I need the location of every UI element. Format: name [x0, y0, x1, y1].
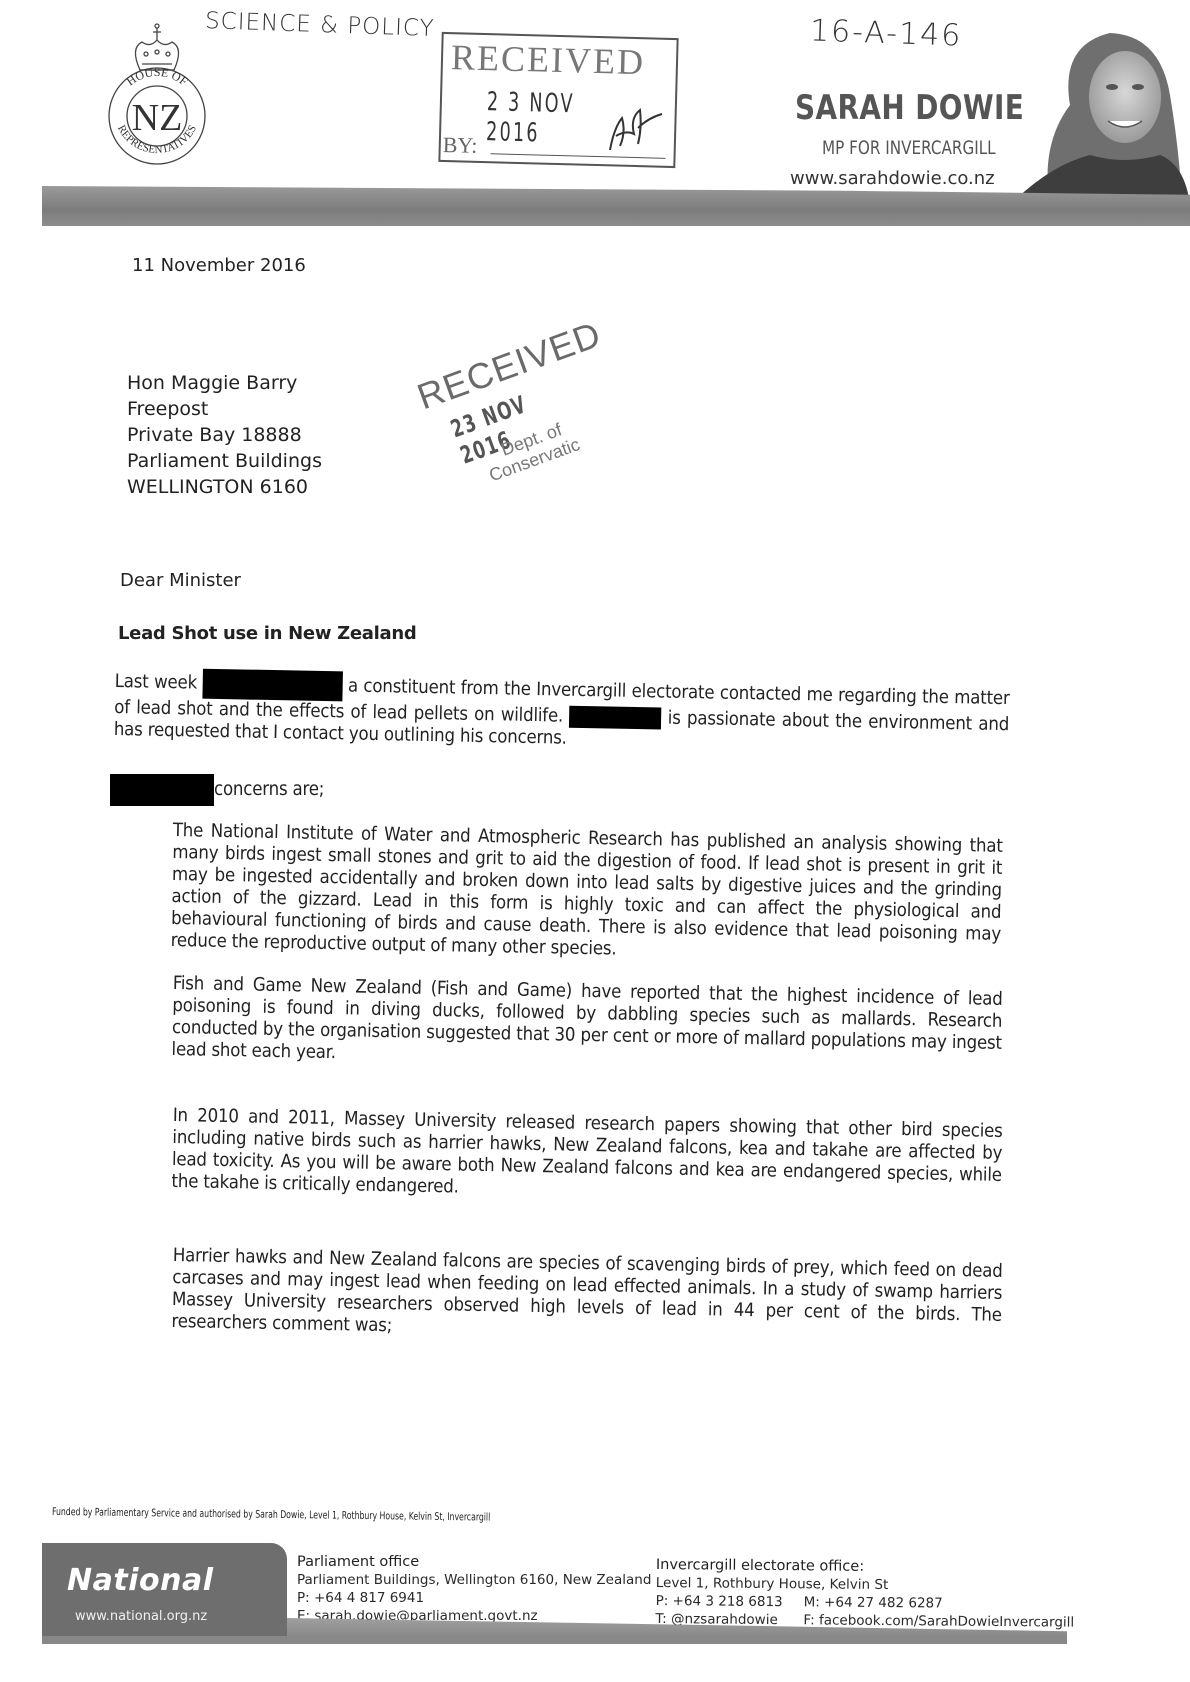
- concerns-lead-in: concerns are;: [110, 774, 324, 806]
- mp-role: MP FOR INVERCARGILL: [822, 137, 996, 159]
- address-line: Private Bay 18888: [127, 422, 322, 448]
- house-of-representatives-crest-icon: NZ HOUSE OF REPRESENTATIVES: [100, 18, 215, 168]
- redaction-block: [110, 774, 214, 806]
- electorate-office-phone: P: +64 3 218 6813: [656, 1592, 804, 1611]
- svg-text:HOUSE OF: HOUSE OF: [124, 65, 191, 89]
- subject-heading: Lead Shot use in New Zealand: [118, 623, 416, 644]
- parliament-office-title: Parliament office: [297, 1553, 651, 1571]
- intro-paragraph: Last week a constituent from the Inverca…: [114, 667, 1010, 758]
- salutation: Dear Minister: [120, 570, 241, 591]
- mp-name: SARAH DOWIE: [795, 88, 1024, 128]
- redaction-block: [202, 669, 343, 702]
- quoted-paragraph: The National Institute of Water and Atmo…: [170, 820, 1002, 968]
- parliament-office-address: Parliament Buildings, Wellington 6160, N…: [297, 1571, 651, 1589]
- national-party-logo: National: [67, 1563, 213, 1598]
- authorisation-statement: Funded by Parliamentary Service and auth…: [52, 1506, 490, 1524]
- redaction-block: [569, 706, 661, 730]
- national-party-badge: National www.national.org.nz: [42, 1543, 287, 1643]
- handwritten-initials-signature-icon: [600, 88, 670, 158]
- national-party-website-link[interactable]: www.national.org.nz: [75, 1609, 207, 1624]
- mp-website-link[interactable]: www.sarahdowie.co.nz: [790, 168, 995, 189]
- quoted-paragraph: In 2010 and 2011, Massey University rele…: [171, 1105, 1003, 1209]
- footer-divider-band-base: [42, 1636, 1067, 1644]
- electorate-office-contact: Invercargill electorate office: Level 1,…: [655, 1556, 1074, 1632]
- electorate-office-mobile: M: +64 27 482 6287: [804, 1593, 943, 1612]
- recipient-address: Hon Maggie Barry Freepost Private Bay 18…: [127, 370, 322, 500]
- parliament-office-contact: Parliament office Parliament Buildings, …: [297, 1553, 651, 1625]
- received-stamp-title: RECEIVED: [451, 36, 646, 83]
- letter-date: 11 November 2016: [132, 255, 306, 276]
- quoted-paragraph: Fish and Game New Zealand (Fish and Game…: [171, 973, 1003, 1077]
- address-line: WELLINGTON 6160: [127, 474, 322, 500]
- parliament-office-phone: P: +64 4 817 6941: [297, 1589, 651, 1607]
- address-line: Freepost: [127, 396, 322, 422]
- received-stamp-by-label: BY:: [442, 132, 477, 159]
- svg-text:NZ: NZ: [132, 97, 183, 139]
- quoted-paragraph: Harrier hawks and New Zealand falcons ar…: [171, 1245, 1003, 1349]
- handwritten-reference-number: 16-A-146: [809, 13, 962, 53]
- doc-received-stamp: RECEIVED 23 NOV 2016 Dept. of Conservati…: [405, 288, 654, 501]
- portrait-photo-icon: [1010, 15, 1190, 205]
- handwritten-department-note: SCIENCE & POLICY: [205, 8, 435, 42]
- address-line: Hon Maggie Barry: [127, 370, 322, 396]
- address-line: Parliament Buildings: [127, 448, 322, 474]
